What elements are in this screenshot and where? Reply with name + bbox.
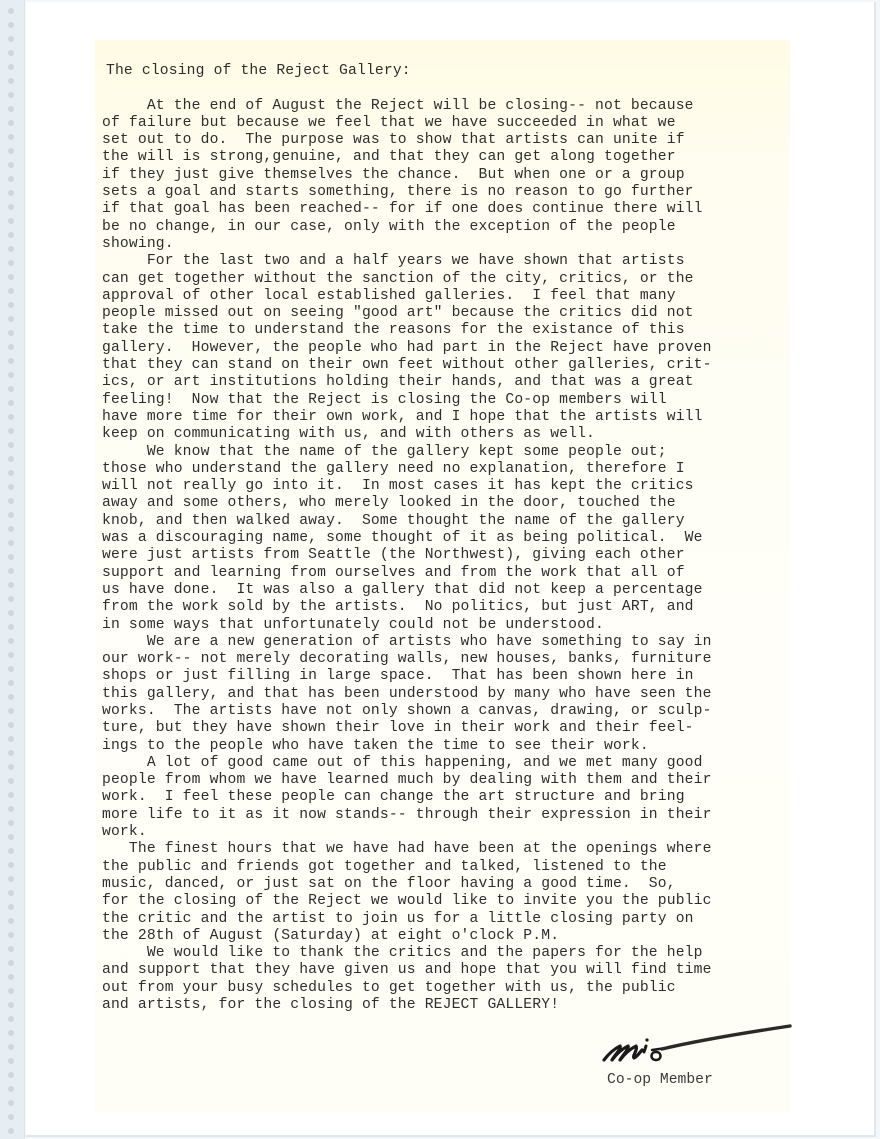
- letter-paragraph: For the last two and a half years we hav…: [102, 253, 802, 443]
- text-line: people from whom we have learned much by…: [102, 772, 802, 789]
- binder-hole: [8, 176, 14, 182]
- text-line: We would like to thank the critics and t…: [102, 945, 802, 962]
- text-line: be no change, in our case, only with the…: [102, 219, 802, 236]
- letter-paragraph: We are a new generation of artists who h…: [102, 634, 802, 755]
- binder-hole: [8, 1114, 14, 1120]
- binder-hole: [8, 64, 14, 70]
- text-line: set out to do. The purpose was to show t…: [102, 132, 802, 149]
- text-line: knob, and then walked away. Some thought…: [102, 513, 802, 530]
- binder-hole: [8, 190, 14, 196]
- text-line: take the time to understand the reasons …: [102, 322, 802, 339]
- binder-hole: [8, 1128, 14, 1134]
- binder-strip: [0, 0, 25, 1139]
- binder-hole: [8, 904, 14, 910]
- binder-hole: [8, 918, 14, 924]
- binder-hole: [8, 50, 14, 56]
- binder-hole: [8, 274, 14, 280]
- binder-hole: [8, 960, 14, 966]
- text-line: keep on communicating with us, and with …: [102, 426, 802, 443]
- binder-hole: [8, 946, 14, 952]
- text-line: in some ways that unfortunately could no…: [102, 617, 802, 634]
- text-line: ics, or art institutions holding their h…: [102, 374, 802, 391]
- binder-hole: [8, 778, 14, 784]
- text-line: approval of other local established gall…: [102, 288, 802, 305]
- text-line: will not really go into it. In most case…: [102, 478, 802, 495]
- text-line: people missed out on seeing "good art" b…: [102, 305, 802, 322]
- binder-hole: [8, 764, 14, 770]
- binder-hole: [8, 1016, 14, 1022]
- text-line: for the closing of the Reject we would l…: [102, 893, 802, 910]
- text-line: and support that they have given us and …: [102, 962, 802, 979]
- letter-paragraph: At the end of August the Reject will be …: [102, 98, 802, 254]
- letter-paragraph: A lot of good came out of this happening…: [102, 755, 802, 841]
- binder-hole: [8, 162, 14, 168]
- text-line: of failure but because we feel that we h…: [102, 115, 802, 132]
- text-line: those who understand the gallery need no…: [102, 461, 802, 478]
- binder-hole: [8, 218, 14, 224]
- text-line: the 28th of August (Saturday) at eight o…: [102, 928, 802, 945]
- binder-hole: [8, 820, 14, 826]
- binder-hole: [8, 1072, 14, 1078]
- binder-hole: [8, 204, 14, 210]
- binder-hole: [8, 134, 14, 140]
- text-line: this gallery, and that has been understo…: [102, 686, 802, 703]
- letter-body: The closing of the Reject Gallery: At th…: [102, 63, 802, 1014]
- binder-hole: [8, 638, 14, 644]
- binder-hole: [8, 512, 14, 518]
- binder-hole: [8, 708, 14, 714]
- text-line: the public and friends got together and …: [102, 859, 802, 876]
- binder-hole: [8, 400, 14, 406]
- binder-hole: [8, 834, 14, 840]
- binder-hole: [8, 680, 14, 686]
- text-line: sets a goal and starts something, there …: [102, 184, 802, 201]
- text-line: and artists, for the closing of the REJE…: [102, 997, 802, 1014]
- binder-hole: [8, 232, 14, 238]
- binder-hole: [8, 1044, 14, 1050]
- binder-hole: [8, 806, 14, 812]
- binder-hole: [8, 848, 14, 854]
- binder-hole: [8, 1002, 14, 1008]
- letter-paragraph: We would like to thank the critics and t…: [102, 945, 802, 1014]
- binder-hole: [8, 988, 14, 994]
- text-line: us have done. It was also a gallery that…: [102, 582, 802, 599]
- binder-hole: [8, 456, 14, 462]
- binder-hole: [8, 344, 14, 350]
- binder-hole: [8, 862, 14, 868]
- text-line: music, danced, or just sat on the floor …: [102, 876, 802, 893]
- text-line: ings to the people who have taken the ti…: [102, 738, 802, 755]
- binder-hole: [8, 148, 14, 154]
- binder-hole: [8, 568, 14, 574]
- text-line: works. The artists have not only shown a…: [102, 703, 802, 720]
- text-line: out from your busy schedules to get toge…: [102, 980, 802, 997]
- binder-hole: [8, 890, 14, 896]
- handwritten-signature-icon: [600, 1022, 800, 1070]
- binder-hole: [8, 78, 14, 84]
- letter-paragraphs: At the end of August the Reject will be …: [102, 98, 802, 1015]
- binder-hole: [8, 652, 14, 658]
- binder-hole: [8, 498, 14, 504]
- text-line: from the work sold by the artists. No po…: [102, 599, 802, 616]
- text-line: our work-- not merely decorating walls, …: [102, 651, 802, 668]
- binder-hole: [8, 386, 14, 392]
- binder-hole: [8, 330, 14, 336]
- text-line: At the end of August the Reject will be …: [102, 98, 802, 115]
- binder-hole: [8, 722, 14, 728]
- text-line: was a discouraging name, some thought of…: [102, 530, 802, 547]
- binder-hole: [8, 1058, 14, 1064]
- text-line: A lot of good came out of this happening…: [102, 755, 802, 772]
- text-line: gallery. However, the people who had par…: [102, 340, 802, 357]
- binder-hole: [8, 484, 14, 490]
- binder-hole: [8, 610, 14, 616]
- binder-hole: [8, 876, 14, 882]
- binder-hole: [8, 428, 14, 434]
- text-line: can get together without the sanction of…: [102, 271, 802, 288]
- text-line: work.: [102, 824, 802, 841]
- binder-hole: [8, 750, 14, 756]
- text-line: We know that the name of the gallery kep…: [102, 444, 802, 461]
- signature-caption: Co-op Member: [607, 1072, 713, 1088]
- text-line: work. I feel these people can change the…: [102, 789, 802, 806]
- binder-hole: [8, 358, 14, 364]
- text-line: were just artists from Seattle (the Nort…: [102, 547, 802, 564]
- binder-hole: [8, 22, 14, 28]
- text-line: The finest hours that we have had have b…: [102, 841, 802, 858]
- binder-hole: [8, 414, 14, 420]
- text-line: away and some others, who merely looked …: [102, 495, 802, 512]
- binder-hole: [8, 736, 14, 742]
- binder-hole: [8, 666, 14, 672]
- letter-paragraph: We know that the name of the gallery kep…: [102, 444, 802, 634]
- binder-hole: [8, 1100, 14, 1106]
- text-line: For the last two and a half years we hav…: [102, 253, 802, 270]
- binder-hole: [8, 120, 14, 126]
- binder-hole: [8, 554, 14, 560]
- binder-hole: [8, 288, 14, 294]
- binder-hole: [8, 582, 14, 588]
- binder-hole: [8, 540, 14, 546]
- text-line: the will is strong,genuine, and that the…: [102, 149, 802, 166]
- binder-hole: [8, 36, 14, 42]
- binder-hole: [8, 624, 14, 630]
- text-line: more life to it as it now stands-- throu…: [102, 807, 802, 824]
- text-line: feeling! Now that the Reject is closing …: [102, 392, 802, 409]
- text-line: have more time for their own work, and I…: [102, 409, 802, 426]
- binder-hole: [8, 792, 14, 798]
- binder-hole: [8, 8, 14, 14]
- text-line: We are a new generation of artists who h…: [102, 634, 802, 651]
- text-line: ture, but they have shown their love in …: [102, 720, 802, 737]
- text-line: that they can stand on their own feet wi…: [102, 357, 802, 374]
- binder-hole: [8, 106, 14, 112]
- text-line: if that goal has been reached-- for if o…: [102, 201, 802, 218]
- letter-title: The closing of the Reject Gallery:: [106, 63, 802, 80]
- text-line: showing.: [102, 236, 802, 253]
- binder-hole: [8, 596, 14, 602]
- letter-paragraph: The finest hours that we have had have b…: [102, 841, 802, 945]
- binder-hole: [8, 92, 14, 98]
- text-line: the critic and the artist to join us for…: [102, 911, 802, 928]
- text-line: if they just give themselves the chance.…: [102, 167, 802, 184]
- binder-hole: [8, 932, 14, 938]
- binder-hole: [8, 1030, 14, 1036]
- binder-hole: [8, 246, 14, 252]
- binder-hole: [8, 694, 14, 700]
- binder-hole: [8, 470, 14, 476]
- binder-hole: [8, 1086, 14, 1092]
- text-line: shops or just filling in large space. Th…: [102, 668, 802, 685]
- binder-hole: [8, 260, 14, 266]
- binder-hole: [8, 442, 14, 448]
- signature-block: Co-op Member: [600, 1022, 800, 1092]
- binder-hole: [8, 526, 14, 532]
- binder-hole: [8, 372, 14, 378]
- text-line: support and learning from ourselves and …: [102, 565, 802, 582]
- binder-hole: [8, 316, 14, 322]
- binder-hole: [8, 974, 14, 980]
- binder-hole: [8, 302, 14, 308]
